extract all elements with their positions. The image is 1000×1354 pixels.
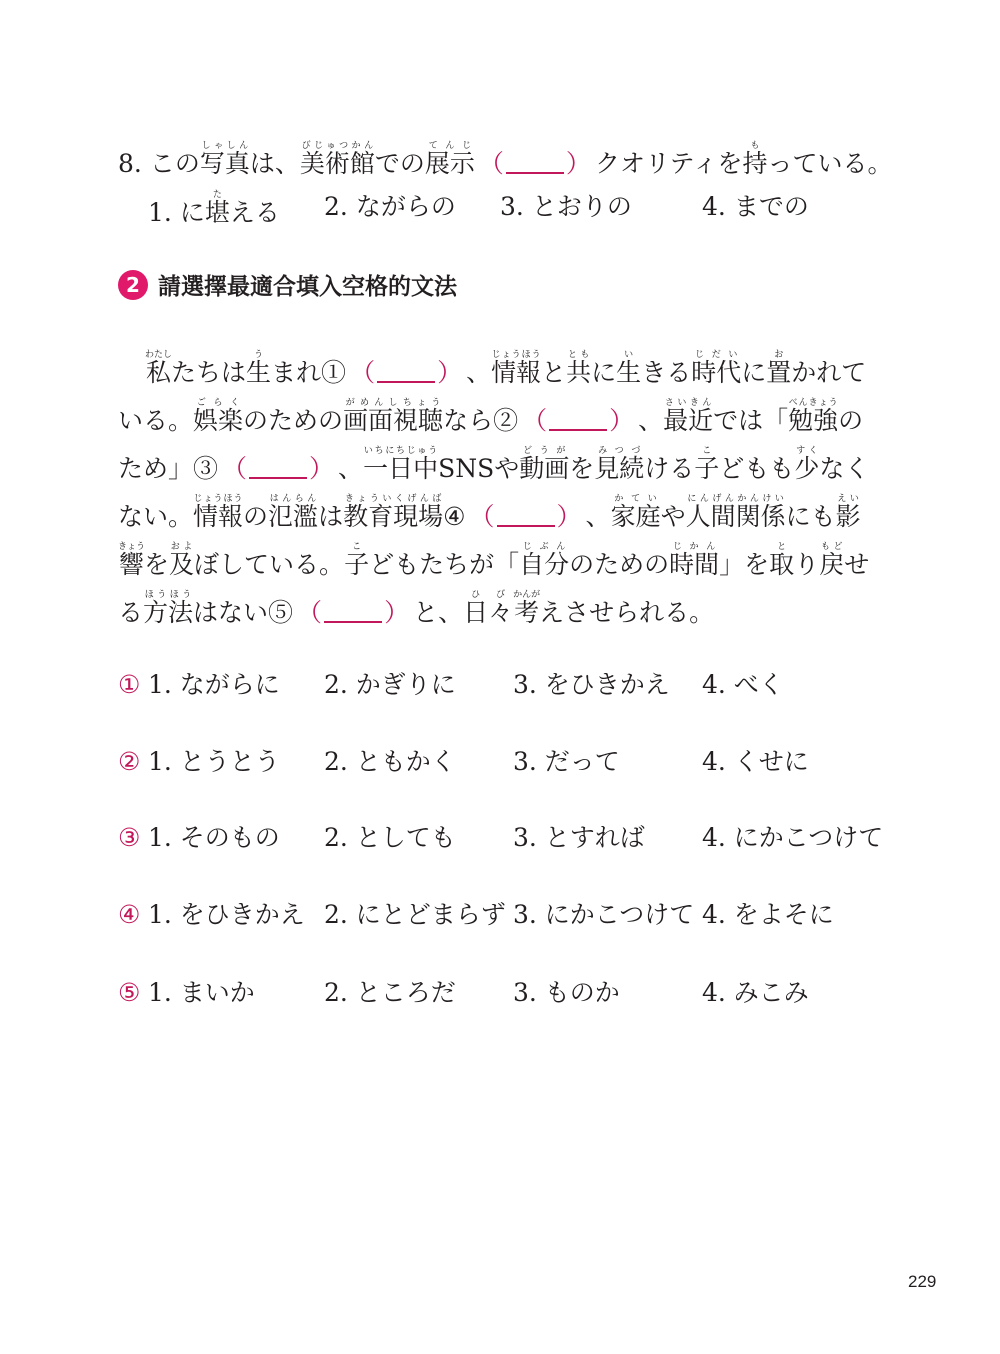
- answer-row-4: ④ 1. をひきかえ 2. にとどまらず 3. にかこつけて 4. をよそに: [118, 898, 898, 932]
- question-marker: ⑤: [118, 976, 140, 1010]
- option-3[interactable]: 3. だって: [513, 745, 620, 779]
- option-4[interactable]: 4. みこみ: [702, 976, 809, 1010]
- option-1[interactable]: 1. とうとう: [148, 745, 280, 779]
- question-marker: ①: [118, 668, 140, 702]
- option-1[interactable]: 1. まいか: [148, 976, 255, 1010]
- passage-line-1: 私わたしたちは生うまれ①（）、情報じょうほうと共ともに生いきる時代じだいに置おか…: [145, 350, 866, 390]
- passage-line-6: る方法ほうほうはない⑤（）と、日々ひび考かんがえさせられる。: [118, 590, 714, 630]
- option-1[interactable]: 1. ながらに: [148, 668, 280, 702]
- answer-blank-2[interactable]: （）: [522, 404, 634, 438]
- passage-line-5: 響きょうを及およぼしている。子こどもたちが「自分じぶんのための時間じかん」を取と…: [118, 542, 869, 582]
- option-4[interactable]: 4. までの: [702, 190, 809, 224]
- option-2[interactable]: 2. ながらの: [324, 190, 456, 224]
- answer-row-3: ③ 1. そのもの 2. としても 3. とすれば 4. にかこつけて: [118, 821, 898, 855]
- section-header: 2 請選擇最適合填入空格的文法: [118, 268, 457, 301]
- answer-row-2: ② 1. とうとう 2. ともかく 3. だって 4. くせに: [118, 745, 898, 779]
- answer-blank-1[interactable]: （）: [350, 356, 462, 390]
- option-2[interactable]: 2. にとどまらず: [324, 898, 506, 932]
- answer-blank-3[interactable]: （）: [222, 452, 334, 486]
- passage-line-3: ため」③（）、一日中いちにちじゅうSNSや動画どうがを見続みつづける子こどもも少…: [118, 446, 869, 486]
- text: での: [375, 149, 425, 178]
- question-marker: ②: [118, 745, 140, 779]
- option-3[interactable]: 3. とすれば: [513, 821, 645, 855]
- answer-row-5: ⑤ 1. まいか 2. ところだ 3. ものか 4. みこみ: [118, 976, 898, 1010]
- question-marker: ④: [118, 898, 140, 932]
- option-4[interactable]: 4. をよそに: [702, 898, 834, 932]
- text: クオリティを: [595, 149, 743, 178]
- passage-line-4: ない。情報じょうほうの氾濫はんらんは教育現場きょういくげんば④（）、家庭かていや…: [118, 494, 861, 534]
- option-3[interactable]: 3. とおりの: [500, 190, 632, 224]
- option-2[interactable]: 2. かぎりに: [324, 668, 456, 702]
- option-1[interactable]: 1. をひきかえ: [148, 898, 305, 932]
- passage-line-2: いる。娯楽ごらくのための画面視聴がめんしちょうなら②（）、最近さいきんでは「勉強…: [118, 398, 863, 438]
- option-1[interactable]: 1. に堪たえる: [148, 190, 280, 230]
- option-3[interactable]: 3. をひきかえ: [513, 668, 670, 702]
- option-4[interactable]: 4. にかこつけて: [702, 821, 883, 855]
- text: は、: [250, 149, 300, 178]
- option-1[interactable]: 1. そのもの: [148, 821, 280, 855]
- section-number-badge: 2: [118, 270, 148, 300]
- option-3[interactable]: 3. にかこつけて: [513, 898, 694, 932]
- furigana-word: 美術館びじゅつかん: [300, 149, 375, 178]
- furigana-word: 持も: [742, 149, 767, 178]
- option-4[interactable]: 4. くせに: [702, 745, 809, 779]
- option-3[interactable]: 3. ものか: [513, 976, 620, 1010]
- answer-blank-4[interactable]: （）: [470, 500, 582, 534]
- question-8-options: 1. に堪たえる 2. ながらの 3. とおりの 4. までの: [148, 190, 908, 224]
- option-4[interactable]: 4. べく: [702, 668, 784, 702]
- text: この: [150, 149, 200, 178]
- question-marker: ③: [118, 821, 140, 855]
- answer-blank-5[interactable]: （）: [297, 596, 409, 630]
- question-number: 8.: [118, 149, 142, 178]
- answer-row-1: ① 1. ながらに 2. かぎりに 3. をひきかえ 4. べく: [118, 668, 898, 702]
- furigana-word: 写真しゃしん: [200, 149, 250, 178]
- page-number: 229: [908, 1272, 936, 1292]
- option-2[interactable]: 2. としても: [324, 821, 456, 855]
- option-2[interactable]: 2. ところだ: [324, 976, 456, 1010]
- question-8: 8. この写真しゃしんは、美術館びじゅつかんでの展示てんじ（）クオリティを持もっ…: [118, 141, 892, 181]
- furigana-word: 展示てんじ: [425, 149, 475, 178]
- section-title: 請選擇最適合填入空格的文法: [158, 268, 457, 301]
- option-2[interactable]: 2. ともかく: [324, 745, 456, 779]
- text: っている。: [767, 149, 892, 178]
- answer-blank[interactable]: （）: [479, 147, 591, 181]
